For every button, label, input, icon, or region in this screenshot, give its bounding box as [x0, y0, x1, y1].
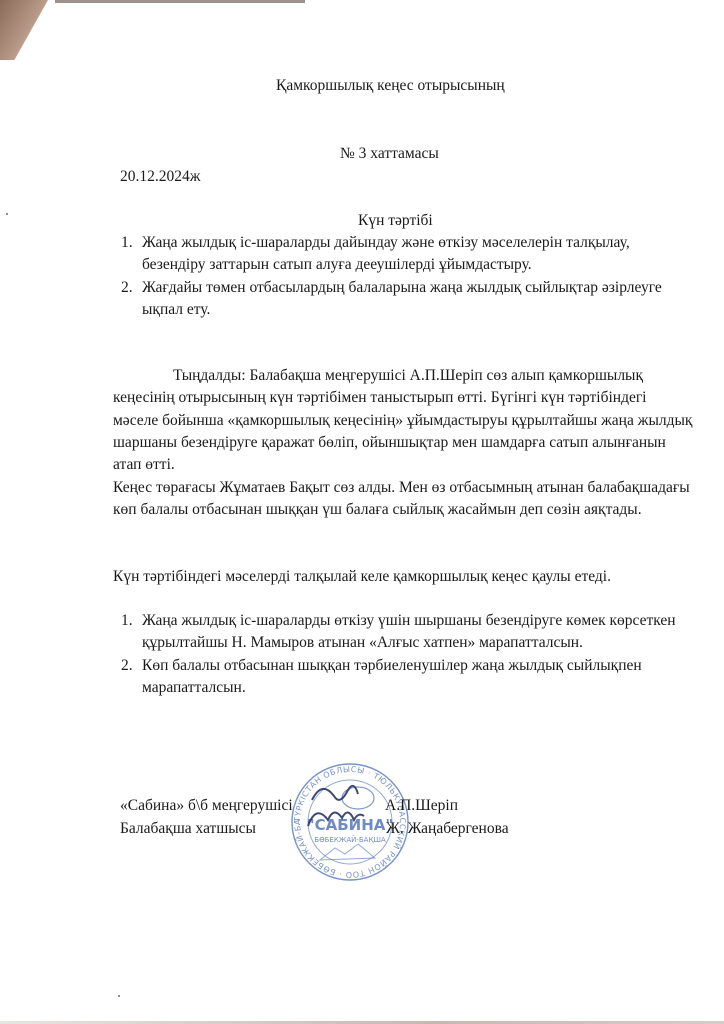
decision-item-number: 1. [121, 610, 133, 632]
document-title: Қамкоршылық кеңес отырысының [276, 75, 505, 97]
heard-paragraph: Тыңдалды: Балабақша меңгерушісі А.П.Шері… [113, 365, 693, 476]
agenda-item-text: Жаңа жылдық іс-шараларды дайындау және ө… [142, 232, 681, 276]
signature-role: «Сабина» б\б меңгерушісі [120, 795, 293, 817]
document-date: 20.12.2024ж [120, 166, 200, 188]
agenda-item-text: Жағдайы төмен отбасылардың балаларына жа… [142, 277, 681, 321]
decision-intro: Күн тәртібіндегі мәселерді талқылай келе… [113, 566, 693, 588]
signature-name: А.П.Шеріп [385, 795, 458, 817]
signature-role: Балабақша хатшысы [120, 818, 256, 840]
protocol-number: № 3 хаттамасы [340, 143, 439, 165]
agenda-heading: Күн тәртібі [358, 210, 433, 232]
agenda-item-number: 2. [121, 277, 133, 299]
agenda-item-number: 1. [121, 232, 133, 254]
chair-speech-paragraph: Кеңес төрағасы Жұматаев Бақыт сөз алды. … [113, 477, 693, 522]
decision-item-text: Көп балалы отбасынан шыққан тәрбиеленуші… [142, 655, 681, 699]
decision-item: 2. Көп балалы отбасынан шыққан тәрбиелен… [121, 655, 681, 699]
scan-speck [118, 995, 120, 997]
decision-item: 1. Жаңа жылдық іс-шараларды өткізу үшін … [121, 610, 681, 654]
svg-text:"САБИНА": "САБИНА" [307, 816, 393, 834]
agenda-item: 1. Жаңа жылдық іс-шараларды дайындау жән… [121, 232, 681, 276]
decision-item-number: 2. [121, 655, 133, 677]
heard-label: Тыңдалды: [173, 367, 246, 384]
agenda-item: 2. Жағдайы төмен отбасылардың балаларына… [121, 277, 681, 321]
decision-item-text: Жаңа жылдық іс-шараларды өткізу үшін шыр… [142, 610, 681, 654]
page-top-edge [55, 0, 305, 3]
signature-name: Ж. Жаңабергенова [386, 818, 509, 840]
scan-speck [6, 213, 8, 215]
svg-text:БӨБЕКЖАЙ-БАҚША: БӨБЕКЖАЙ-БАҚША [314, 835, 386, 844]
page-corner-shadow [0, 0, 80, 60]
